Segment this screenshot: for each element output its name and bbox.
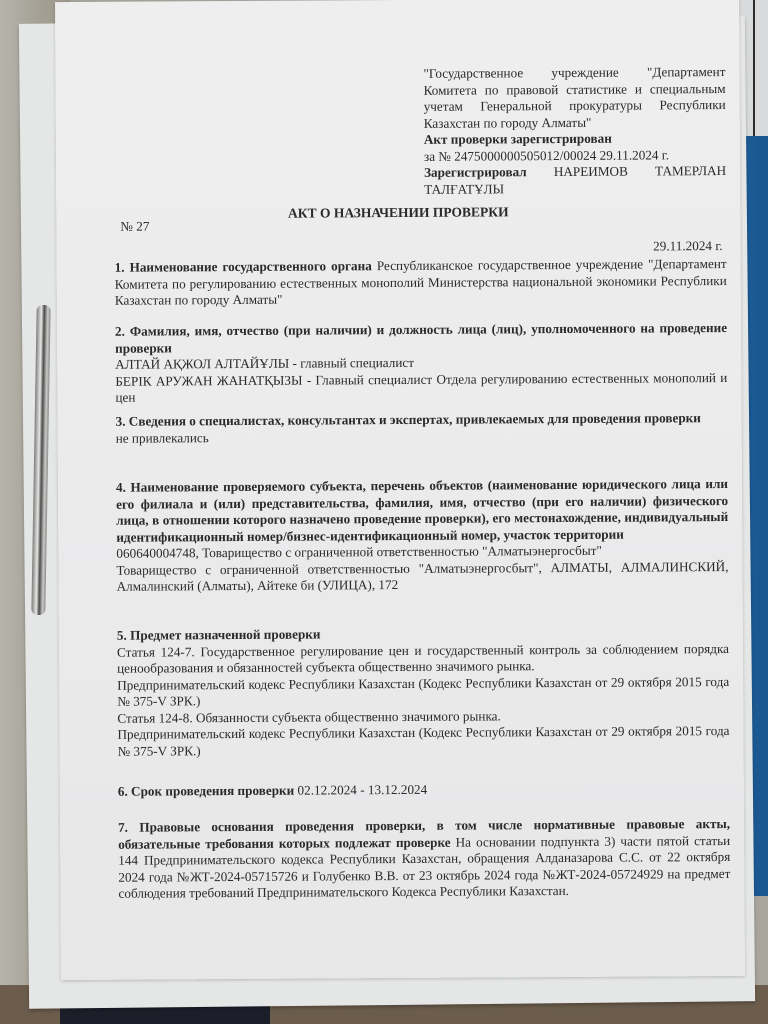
section-3: 3. Сведения о специалистах, консультанта…	[116, 410, 728, 447]
section-6: 6. Срок проведения проверки 02.12.2024 -…	[118, 780, 730, 800]
section-heading: 6. Срок проведения проверки	[118, 783, 294, 799]
registered-by-label: Зарегистрировал	[424, 164, 527, 180]
section-5: 5. Предмет назначенной проверки Статья 1…	[117, 624, 730, 760]
document-date: 29.11.2024 г.	[653, 238, 722, 255]
document-number: № 27	[120, 219, 149, 236]
subject-line: Предпринимательский кодекс Республики Ка…	[117, 723, 729, 760]
subject-line: Предпринимательский кодекс Республики Ка…	[117, 673, 729, 710]
cable	[753, 0, 755, 140]
subject-address-line: Товарищество с ограниченной ответственно…	[116, 558, 728, 595]
inspection-period: 02.12.2024 - 13.12.2024	[297, 782, 427, 798]
section-7: 7. Правовые основания проведения проверк…	[118, 816, 730, 902]
registrar-organization: "Государственное учреждение "Департамент…	[423, 64, 725, 132]
document-page: "Государственное учреждение "Департамент…	[55, 0, 745, 980]
document-title: АКТ О НАЗНАЧЕНИИ ПРОВЕРКИ	[56, 203, 740, 224]
subject-line: Статья 124-7. Государственное регулирова…	[117, 640, 729, 677]
inspector-line: БЕРІК АРУЖАН ЖАНАТҚЫЗЫ - Главный специал…	[115, 369, 727, 406]
registered-by: Зарегистрировал НАРЕИМОВ ТАМЕРЛАН ТАЛҒАТ…	[424, 163, 726, 198]
registration-number: за № 2475000000505012/00024 29.11.2024 г…	[424, 147, 726, 165]
section-heading: 4. Наименование проверяемого субъекта, п…	[116, 476, 728, 546]
registration-stamp: "Государственное учреждение "Департамент…	[423, 64, 726, 198]
registered-label: Акт проверки зарегистрирован	[424, 130, 726, 148]
section-2: 2. Фамилия, имя, отчество (при наличии) …	[115, 320, 727, 406]
section-1: 1. Наименование государственного органа …	[115, 256, 727, 309]
section-line: не привлекались	[116, 426, 728, 446]
section-heading: 1. Наименование государственного органа	[115, 258, 372, 275]
section-4: 4. Наименование проверяемого субъекта, п…	[116, 476, 729, 595]
section-heading: 2. Фамилия, имя, отчество (при наличии) …	[115, 320, 727, 357]
